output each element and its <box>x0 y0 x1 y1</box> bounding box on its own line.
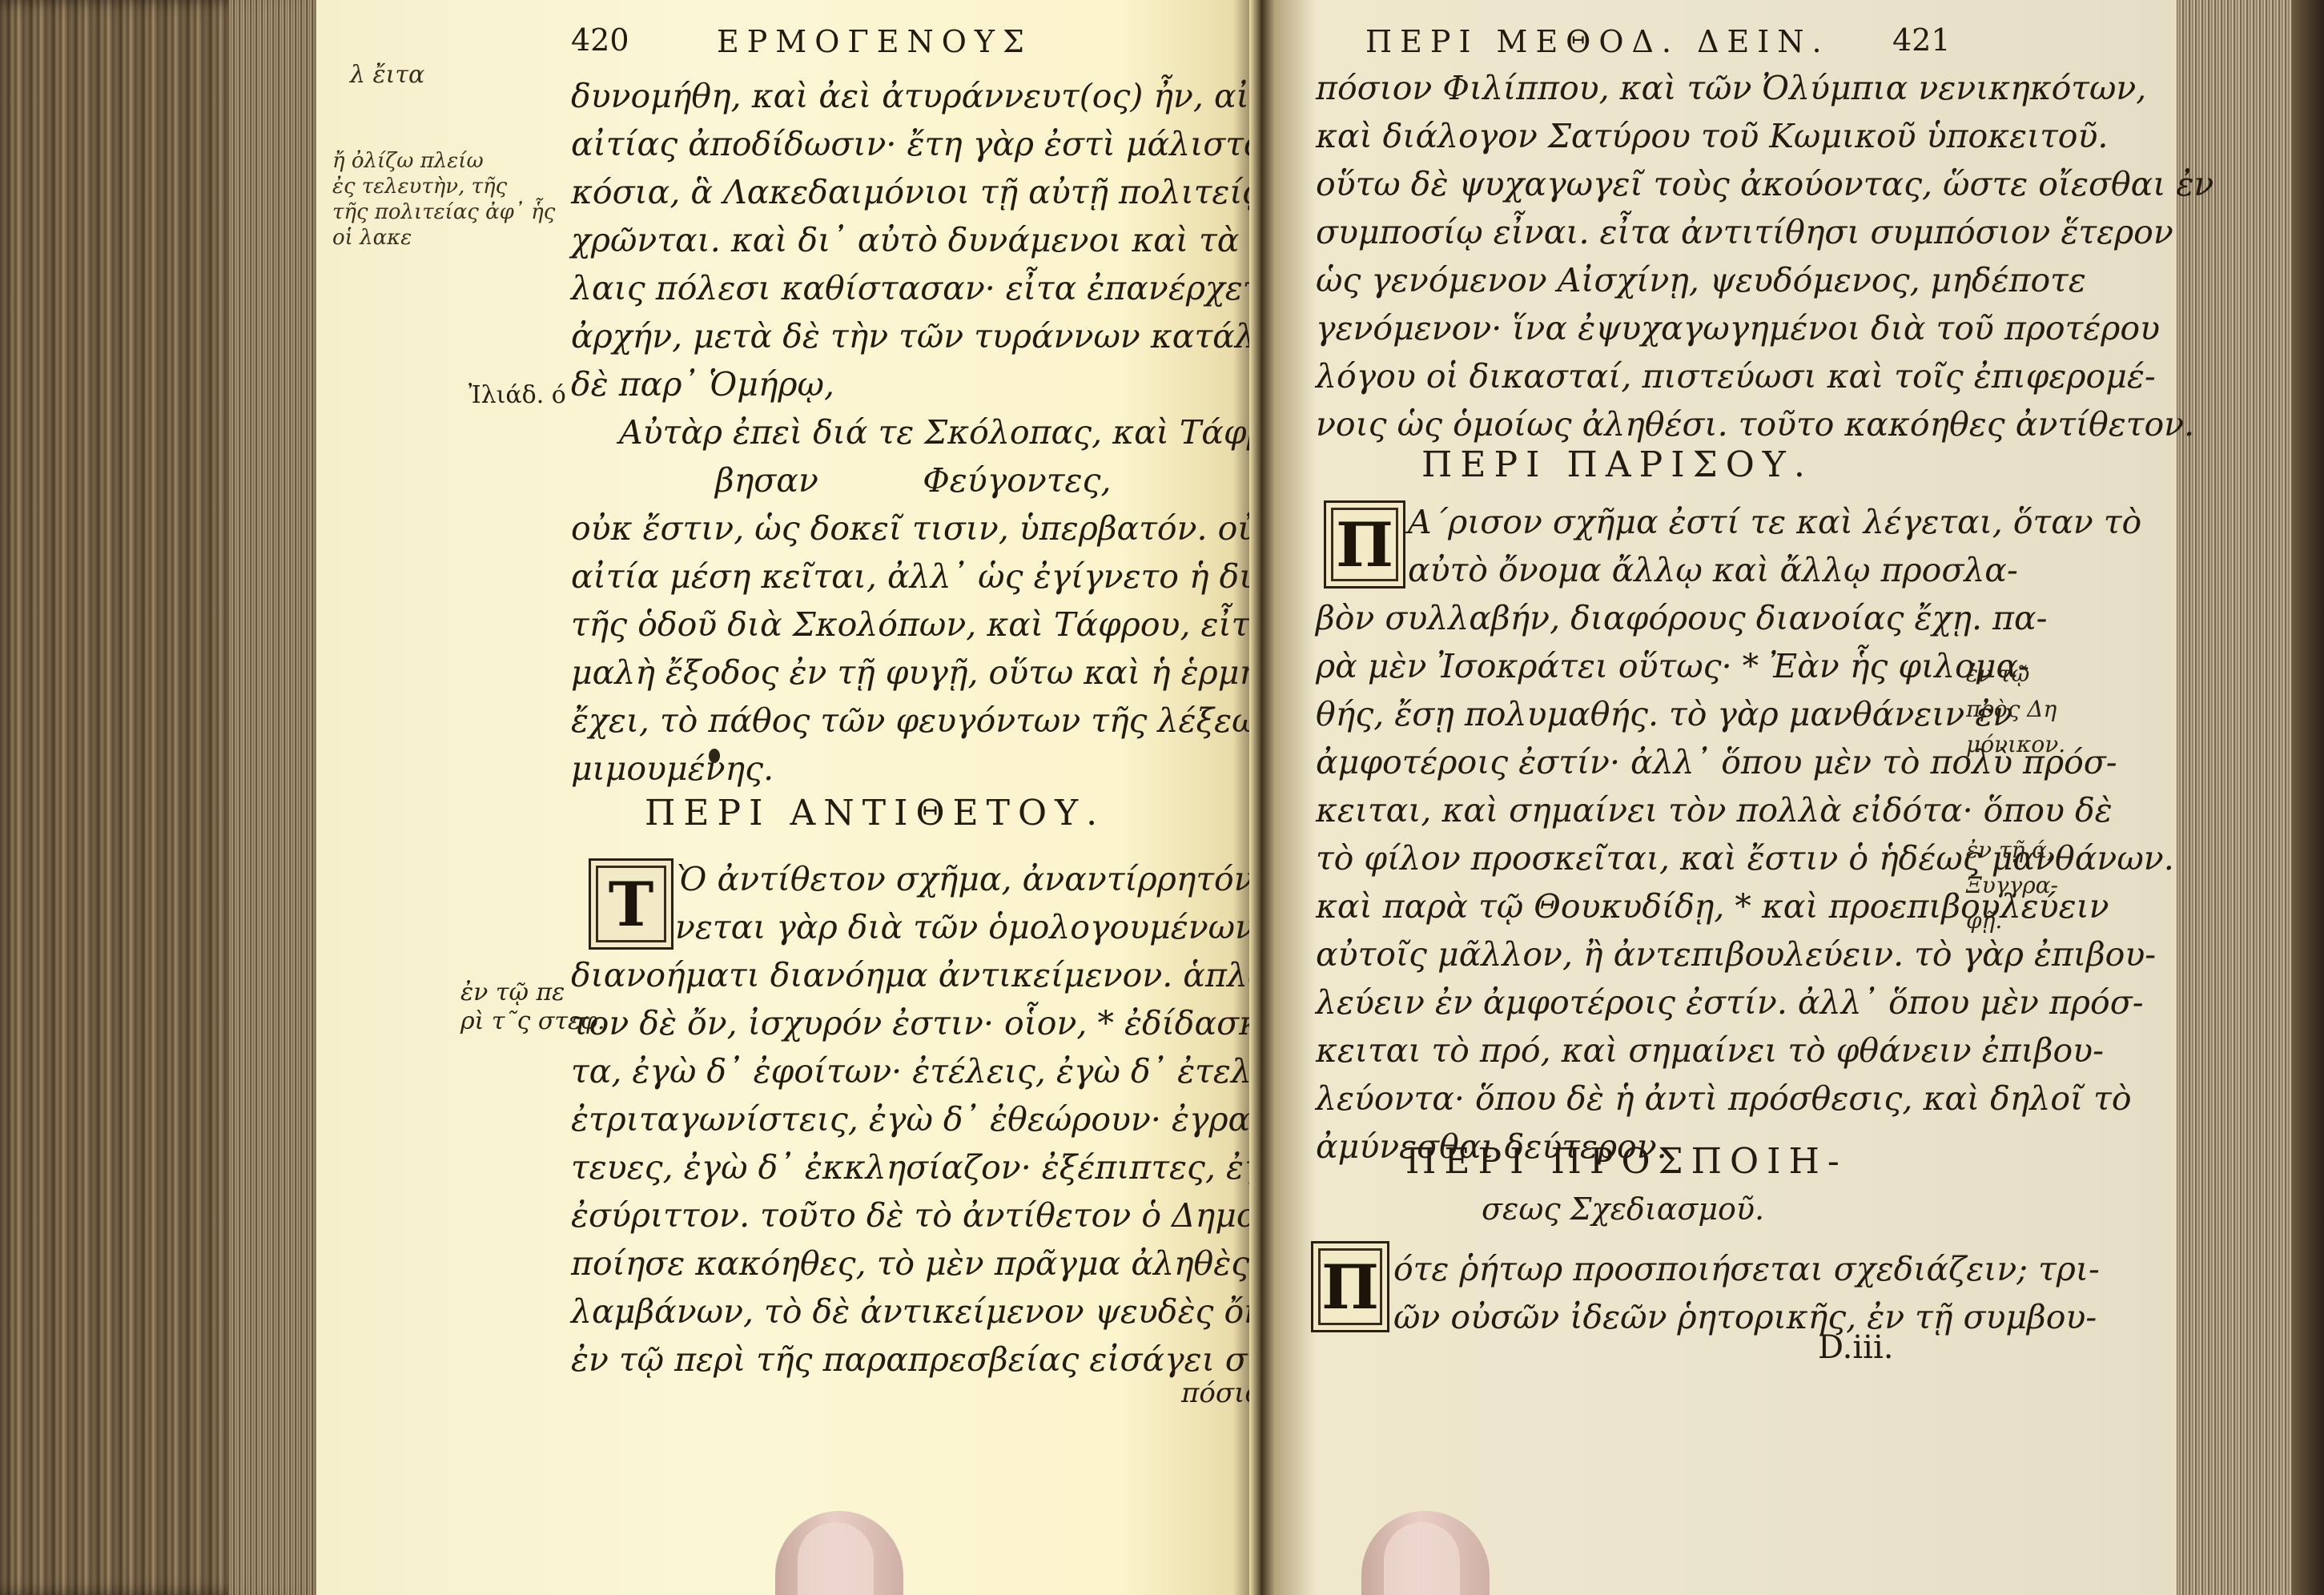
handwritten-line: ἤ ὀλίζω πλείω <box>332 148 555 174</box>
text-line: αὐτὸ ὄνομα ἄλλῳ καὶ ἄλλῳ προσλα- <box>1316 546 2174 594</box>
left-page-edges <box>0 0 316 1595</box>
paragraph-prospoiesis: ότε ῥήτωρ προσποιήσεται σχεδιάζειν; τρι-… <box>1393 1245 2100 1341</box>
text-line: συμποσίῳ εἶναι. εἶτα ἀντιτίθησι συμπόσιο… <box>1316 208 2213 256</box>
text-line: Α΄ρισον σχῆμα ἐστί τε καὶ λέγεται, ὅταν … <box>1316 498 2174 546</box>
text-line: ότε ῥήτωρ προσποιήσεται σχεδιάζειν; τρι- <box>1393 1245 2100 1293</box>
text-line: ῶν οὐσῶν ἰδεῶν ῥητορικῆς, ἐν τῇ συμβου- <box>1393 1293 2100 1341</box>
text-line: ὡς γενόμενον Αἰσχίνῃ, ψευδόμενος, μηδέπο… <box>1316 256 2213 304</box>
section-title-parison: ΠΕΡΙ ΠΑΡΙΣΟΥ. <box>1421 444 1813 485</box>
handwritten-line: οἱ λακε <box>332 225 555 251</box>
section-title-antithesis: ΠΕΡΙ ΑΝΤΙΘΕΤΟΥ. <box>645 793 1105 834</box>
text-line: νοις ὡς ὁμοίως ἀληθέσι. τοῦτο κακόηθες ἀ… <box>1316 400 2213 448</box>
margin-note-line: ἐν τῇ ά, <box>1966 833 2058 868</box>
text-line: οὕτω δὲ ψυχαγωγεῖ τοὺς ἀκούοντας, ὥστε ο… <box>1316 160 2213 208</box>
text-line: κειται, καὶ σημαίνει τὸν πολλὰ εἰδότα· ὅ… <box>1316 786 2174 834</box>
page-number: 420 <box>571 22 629 58</box>
paragraph-continued: πόσιον Φιλίππου, καὶ τῶν Ὀλύμπια νενικηκ… <box>1316 64 2213 448</box>
page-number: 421 <box>1892 22 1951 58</box>
signature-mark: D.iii. <box>1818 1329 1893 1366</box>
margin-note-line: ἐν τῷ <box>1966 657 2065 692</box>
margin-note-line: μόνικον. <box>1966 727 2065 762</box>
text-line: λόγου οἱ δικασταί, πιστεύωσι καὶ τοῖς ἐπ… <box>1316 352 2213 400</box>
text-line: βὸν συλλαβήν, διαφόρους διανοίας ἔχῃ. πα… <box>1316 594 2174 642</box>
text-line: λεύειν ἐν ἀμφοτέροις ἐστίν. ἀλλ᾽ ὅπου μὲ… <box>1316 978 2174 1027</box>
handwritten-line: ἐς τελευτὴν, τῆς <box>332 174 555 199</box>
section-title-prospoiesis: ΠΕΡΙ ΠΡΟΣΠΟΙΗ- <box>1405 1141 1848 1182</box>
margin-note-demonicus: ἐν τῷ πρὸς Δη μόνικον. <box>1966 657 2065 762</box>
text-line: λεύοντα· ὅπου δὲ ἡ ἀντὶ πρόσθεσις, καὶ δ… <box>1316 1075 2174 1123</box>
margin-note-thucydides: ἐν τῇ ά, Ξυγγρα- φῇ. <box>1966 833 2058 938</box>
handwritten-note: λ ἔιτα <box>350 62 424 88</box>
running-head: ΠΕΡΙ ΜΕΘΟΔ. ΔΕΙΝ. <box>1365 24 1830 59</box>
running-head: ΕΡΜΟΓΕΝΟΥΣ <box>717 24 1032 59</box>
section-subtitle: σεως Σχεδιασμοῦ. <box>1482 1191 1764 1227</box>
margin-note-line: Ξυγγρα- <box>1966 868 2058 903</box>
ink-blot <box>709 749 720 763</box>
handwritten-note-block: ἤ ὀλίζω πλείω ἐς τελευτὴν, τῆς τῆς πολιτ… <box>332 148 555 251</box>
margin-note-line: πρὸς Δη <box>1966 692 2065 727</box>
margin-note-line: φῇ. <box>1966 903 2058 938</box>
handwritten-line: τῆς πολιτείας ἀφ᾽ ἧς <box>332 199 555 225</box>
text-line: κειται τὸ πρό, καὶ σημαίνει τὸ φθάνειν ἐ… <box>1316 1027 2174 1075</box>
text-line: πόσιον Φιλίππου, καὶ τῶν Ὀλύμπια νενικηκ… <box>1316 64 2213 112</box>
text-line: καὶ διάλογον Σατύρου τοῦ Κωμικοῦ ὑποκειτ… <box>1316 112 2213 160</box>
right-page: ΠΕΡΙ ΜΕΘΟΔ. ΔΕΙΝ. 421 πόσιον Φιλίππου, κ… <box>1261 0 2177 1595</box>
text-line: γενόμενον· ἵνα ἐψυχαγωγημένοι διὰ τοῦ πρ… <box>1316 304 2213 352</box>
left-page: 420 ΕΡΜΟΓΕΝΟΥΣ λ ἔιτα ἤ ὀλίζω πλείω ἐς τ… <box>316 0 1261 1595</box>
decorated-initial: Π <box>1311 1241 1389 1332</box>
margin-note-iliad: Ἰλιάδ. ό <box>468 381 566 410</box>
